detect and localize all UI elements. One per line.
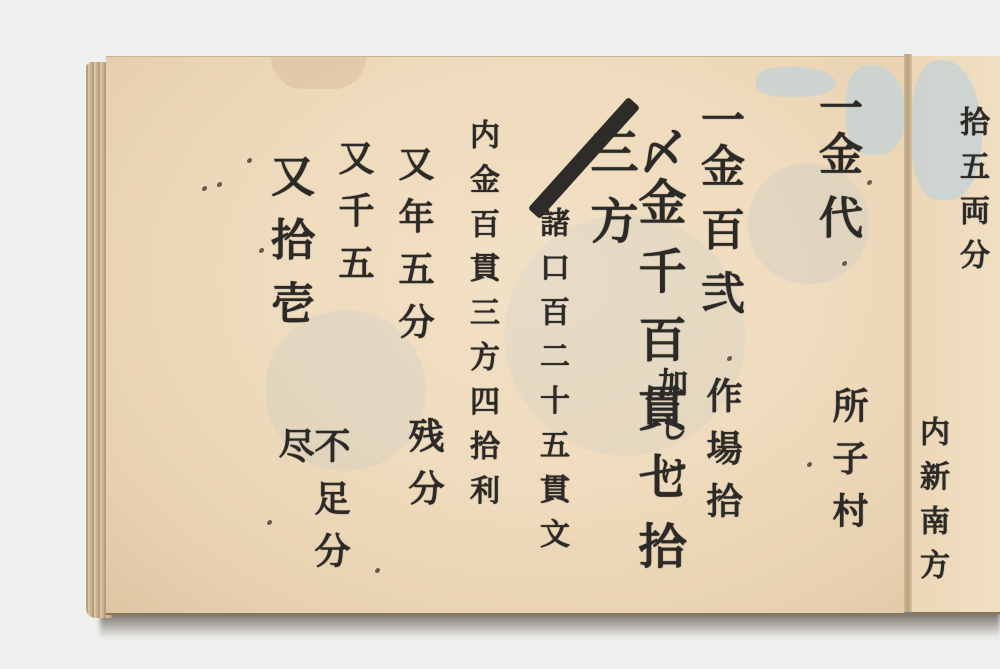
ledger-column: 所 子 村 <box>830 387 866 530</box>
worm-hole <box>246 157 252 163</box>
ledger-column: 又 年 五 分 <box>396 145 432 341</box>
worm-hole <box>201 185 207 191</box>
worm-hole <box>866 179 872 185</box>
ledger-column: 一金 代 <box>814 85 858 240</box>
ledger-column: 内 金 百 貫 三 方 四 拾 利 <box>466 119 496 507</box>
ledger-column: 諸 口 百 二 十 五 貫 文 <box>536 207 566 550</box>
worm-hole <box>266 519 272 525</box>
worm-hole <box>374 567 380 573</box>
worm-hole <box>726 355 732 361</box>
worm-hole <box>216 181 222 187</box>
ledger-column: 拾 五 両 分 <box>956 106 986 271</box>
ledger-column: 作 場 拾 <box>704 377 740 520</box>
ledger-column: 一金 百 弐 <box>696 97 740 316</box>
book-gutter <box>904 54 912 612</box>
worm-hole <box>841 260 847 266</box>
ledger-total-column: 〆金 千 百 貫 七 拾 三 方 <box>586 127 682 613</box>
water-stain <box>271 57 366 89</box>
left-page: 一金 代 所 子 村 一金 百 弐 作 場 拾 加 し け 〆金 千 百 貫 七… <box>106 56 904 615</box>
ledger-column: 又 拾 壱 <box>266 153 310 326</box>
open-book: 一金 代 所 子 村 一金 百 弐 作 場 拾 加 し け 〆金 千 百 貫 七… <box>86 56 1000 616</box>
worm-hole <box>806 461 812 467</box>
ledger-column: 残 分 <box>406 417 442 508</box>
right-page: 拾 五 両 分 内 新 南 方 <box>912 56 1000 614</box>
ledger-column: 又 千 五 <box>336 139 372 282</box>
ledger-column: 不 足 分 尽 <box>276 427 348 613</box>
ledger-column: 内 新 南 方 <box>916 416 946 581</box>
